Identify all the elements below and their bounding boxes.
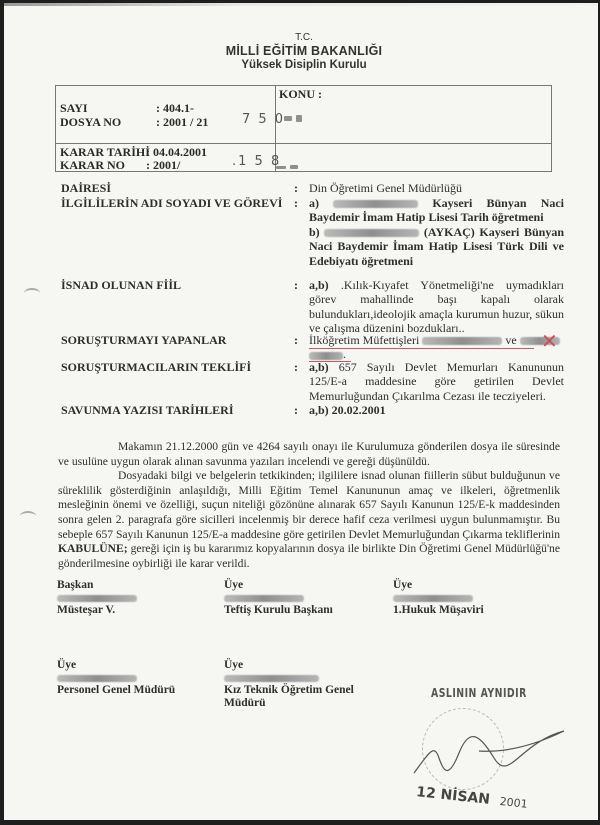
dairesi-value: Din Öğretimi Genel Müdürlüğü xyxy=(309,181,564,195)
redacted-signatory-name xyxy=(224,595,304,602)
red-pen-underline xyxy=(309,348,534,349)
redaction-mark xyxy=(296,115,302,122)
savunma-value: a,b) 20.02.2001 xyxy=(309,403,564,417)
isnad-value: a,b) .Kılık-Kıyafet Yönetmeliği'ne uymad… xyxy=(309,278,564,336)
karar-handwritten-number: .1 5 8 xyxy=(232,154,281,169)
document-page: T.C. MİLLİ EĞİTİM BAKANLIĞI Yüksek Disip… xyxy=(4,3,598,820)
teklif-label: SORUŞTURMACILARIN TEKLİFİ xyxy=(61,360,251,375)
redaction-mark xyxy=(284,116,292,121)
dairesi-label: DAİRESİ xyxy=(61,181,111,196)
red-pen-x-mark: ✕ xyxy=(541,331,558,351)
konu-label: KONU : xyxy=(279,87,322,102)
karar-no-value: : 2001/ xyxy=(146,158,180,173)
header-board: Yüksek Disiplin Kurulu xyxy=(4,59,600,71)
handwritten-signature xyxy=(409,723,569,783)
teklif-value: a,b) 657 Sayılı Devlet Memurları Kanunun… xyxy=(309,360,564,403)
redacted-inspector-2-cont xyxy=(309,352,343,360)
redaction-mark xyxy=(276,166,286,169)
signatory-kiz-teknik: Üye Kız Teknik Öğretim Genel Müdürü xyxy=(224,659,384,710)
redacted-inspector-1 xyxy=(422,337,502,345)
dosya-no-value: : 2001 / 21 xyxy=(156,115,208,130)
ilgililer-label: İLGİLİLERİN ADI SOYADI VE GÖREVİ xyxy=(61,196,282,211)
redacted-signatory-name xyxy=(393,595,473,602)
body-paragraph-2: Dosyadaki bilgi ve belgelerin tetkikinde… xyxy=(58,469,560,571)
signatory-teftis: Üye Teftiş Kurulu Başkanı xyxy=(224,579,333,617)
isnad-label: İSNAD OLUNAN FİİL xyxy=(61,278,181,293)
dosya-handwritten-number: 7 5 0 xyxy=(242,112,285,127)
sorusturmayi-yapanlar-label: SORUŞTURMAYI YAPANLAR xyxy=(61,333,226,348)
reference-box: KONU : SAYI : 404.1- DOSYA NO : 2001 / 2… xyxy=(55,85,552,172)
punch-hole-mark xyxy=(20,511,36,521)
decision-body: Makamın 21.12.2000 gün ve 4264 sayılı on… xyxy=(58,440,560,571)
savunma-label: SAVUNMA YAZISI TARİHLERİ xyxy=(61,403,234,418)
signatory-personel: Üye Personel Genel Müdürü xyxy=(57,659,175,697)
redacted-signatory-name xyxy=(57,675,137,682)
sayi-label: SAYI xyxy=(60,101,88,116)
body-paragraph-1: Makamın 21.12.2000 gün ve 4264 sayılı on… xyxy=(58,440,560,469)
dosya-no-label: DOSYA NO xyxy=(60,115,121,130)
certified-copy-stamp: ASLININ AYNIDIR xyxy=(431,686,527,700)
redacted-signatory-name xyxy=(224,675,319,682)
karar-no-label: KARAR NO xyxy=(60,158,125,173)
signatory-baskan: Başkan Müsteşar V. xyxy=(57,579,137,617)
sayi-value: : 404.1- xyxy=(156,101,194,116)
header-ministry: MİLLİ EĞİTİM BAKANLIĞI xyxy=(4,44,600,58)
signatory-hukuk: Üye 1.Hukuk Müşaviri xyxy=(393,579,484,617)
box-divider-horizontal xyxy=(56,143,551,144)
header-country: T.C. xyxy=(4,32,600,43)
redacted-signatory-name xyxy=(57,595,137,602)
redacted-name-a xyxy=(333,200,418,208)
punch-hole-mark xyxy=(24,288,40,298)
redacted-name-b xyxy=(324,229,419,237)
ilgililer-value: a) Kayseri Bünyan Naci Baydemir İmam Hat… xyxy=(309,196,564,268)
redaction-mark xyxy=(290,165,298,169)
